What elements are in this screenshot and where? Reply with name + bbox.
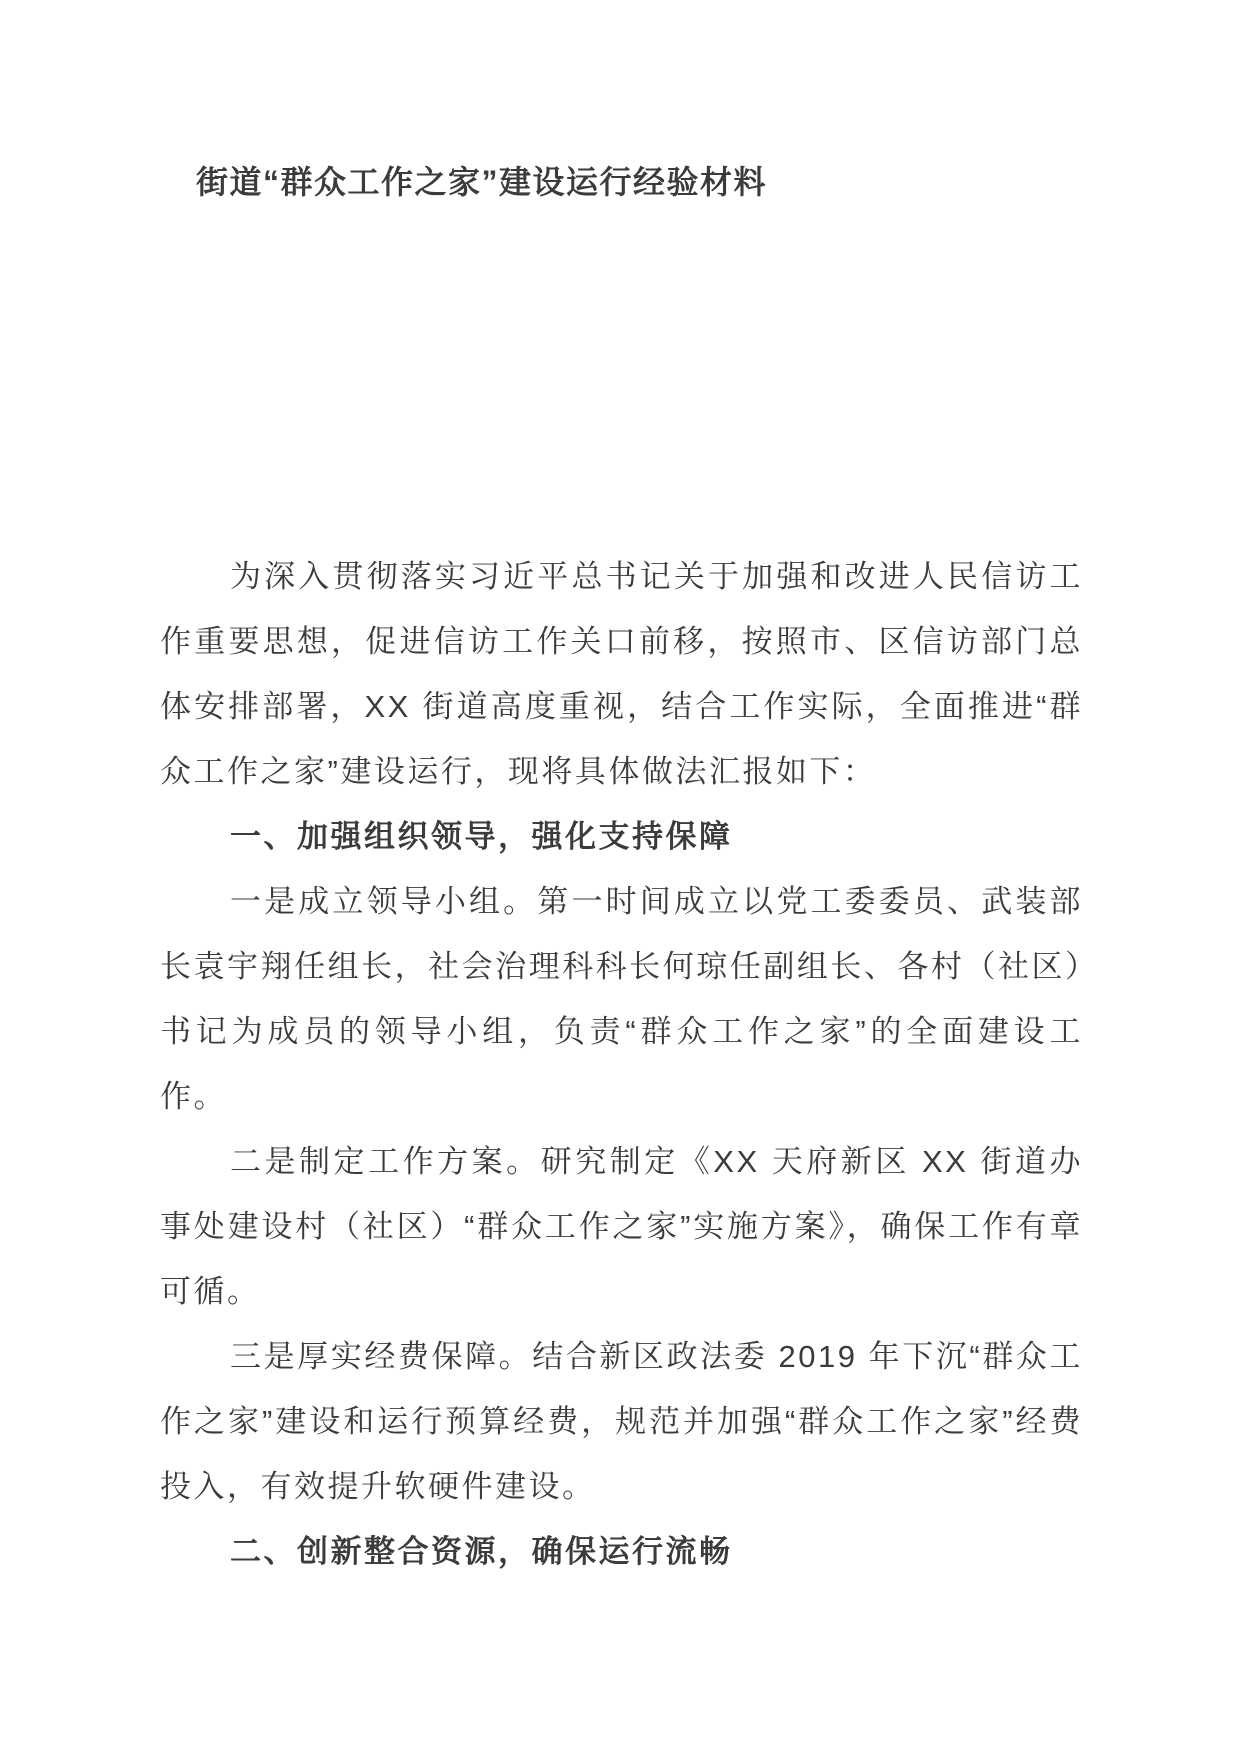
paragraph-item-3: 三是厚实经费保障。结合新区政法委 2019 年下沉“群众工作之家”建设和运行预算… [160, 1324, 1083, 1519]
document-title: 街道“群众工作之家”建设运行经验材料 [160, 160, 1083, 204]
paragraph-item-2: 二是制定工作方案。研究制定《XX 天府新区 XX 街道办事处建设村（社区）“群众… [160, 1129, 1083, 1324]
section-heading-1: 一、加强组织领导，强化支持保障 [160, 804, 1083, 869]
paragraph-item-1: 一是成立领导小组。第一时间成立以党工委委员、武装部长袁宇翔任组长，社会治理科科长… [160, 869, 1083, 1129]
document-page: 街道“群众工作之家”建设运行经验材料 为深入贯彻落实习近平总书记关于加强和改进人… [0, 0, 1241, 1755]
paragraph-intro: 为深入贯彻落实习近平总书记关于加强和改进人民信访工作重要思想，促进信访工作关口前… [160, 544, 1083, 804]
section-heading-2: 二、创新整合资源，确保运行流畅 [160, 1519, 1083, 1584]
